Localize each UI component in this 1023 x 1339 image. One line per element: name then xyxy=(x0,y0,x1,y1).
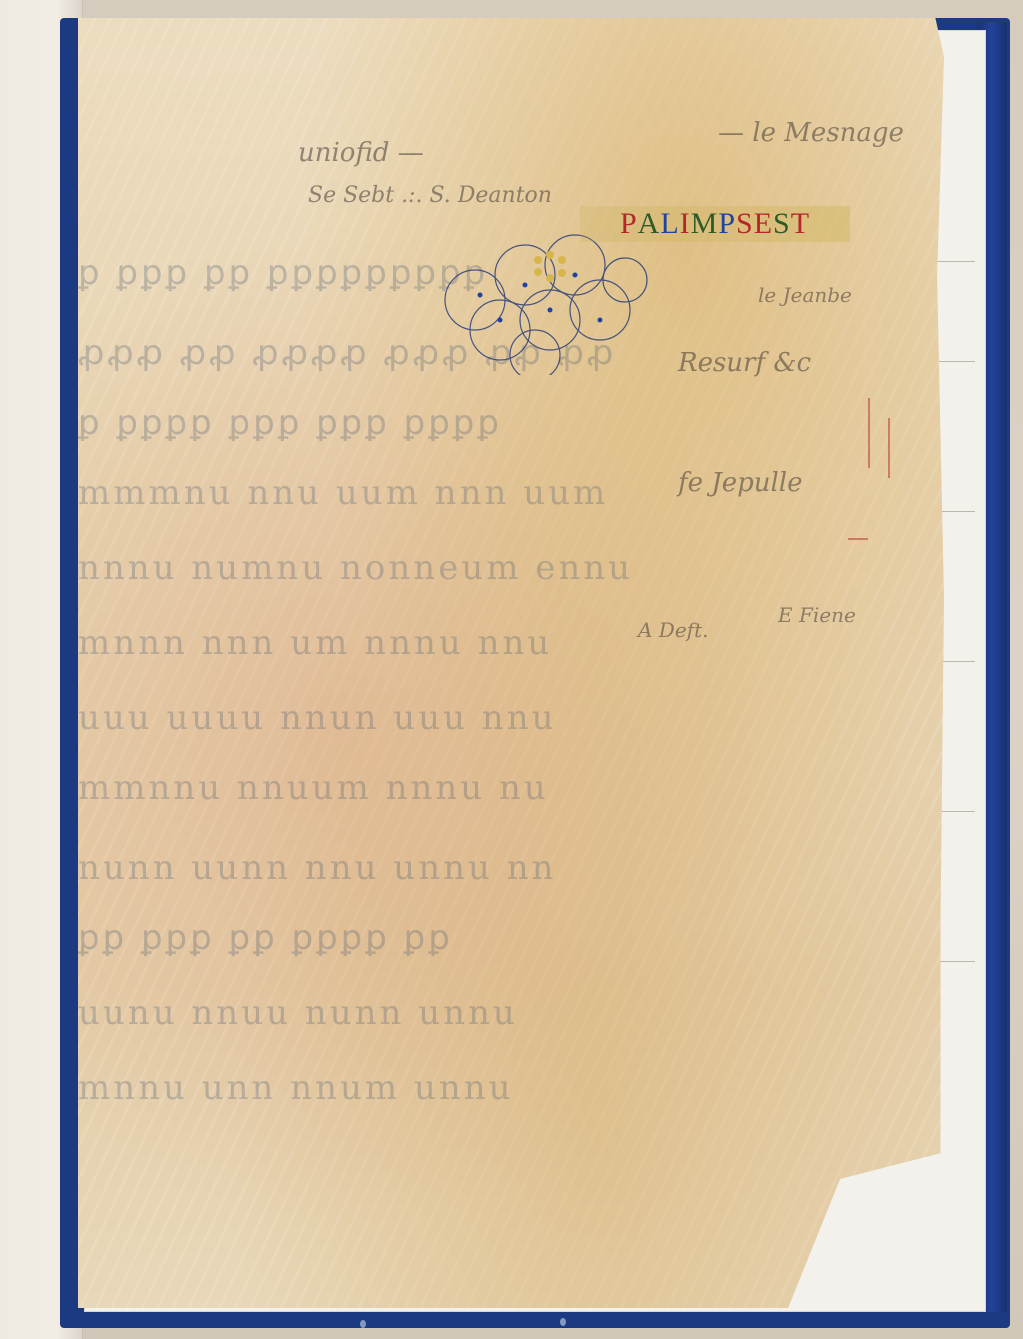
handwriting-fragment: Resurf &c xyxy=(678,348,811,378)
erased-text-line: uunu nnuu nunn unnu xyxy=(78,993,944,1033)
title-letter: P xyxy=(620,209,638,239)
erased-text-line: mnnu unn nnum unnu xyxy=(78,1068,944,1108)
erased-text-line: mnnn nnn um nnnu nnu xyxy=(78,623,944,663)
handwriting-fragment: — le Mesnage xyxy=(718,118,904,148)
erased-text-line: uuu uuuu nnun uuu nnu xyxy=(78,698,944,738)
title-letter: S xyxy=(773,209,791,239)
title-letter: P xyxy=(718,209,736,239)
handwriting-fragment: uniofid — xyxy=(298,138,424,168)
erased-text-line: ꝑꝑ ꝑꝑꝑ ꝑꝑ ꝑꝑꝑꝑ ꝑꝑ xyxy=(78,918,944,958)
handwriting-fragment: fe Jepulle xyxy=(678,468,803,498)
handwriting-fragment: le Jeanbe xyxy=(758,283,852,307)
title-letter: A xyxy=(638,209,661,239)
title-letter: I xyxy=(680,209,691,239)
title-letter: L xyxy=(660,209,679,239)
title-letter: E xyxy=(754,209,773,239)
erased-text-line: mmnnu nnuum nnnu nu xyxy=(78,768,944,808)
title-letter: M xyxy=(691,209,719,239)
erased-text-line: ꝑ ꝑꝑꝑꝑ ꝑꝑꝑ ꝑꝑꝑ ꝑꝑꝑꝑ xyxy=(78,403,944,443)
erased-text-line: mmmnu nnu uum nnn uum xyxy=(78,473,944,513)
title-letter: S xyxy=(736,209,754,239)
handwriting-fragment: Se Sebt .:. S. Deanton xyxy=(308,183,552,208)
handwriting-fragment: A Deft. xyxy=(638,618,708,642)
erased-text-line: nnnu numnu nonneum ennu xyxy=(78,548,944,588)
handwriting-fragment: E Fiene xyxy=(778,603,856,627)
geometric-rosette-icon xyxy=(440,225,650,375)
palimpsest-title: P A L I M P S E S T xyxy=(580,206,850,242)
title-letter: T xyxy=(791,209,810,239)
erased-text-line: nunn uunn nnu unnu nn xyxy=(78,848,944,888)
